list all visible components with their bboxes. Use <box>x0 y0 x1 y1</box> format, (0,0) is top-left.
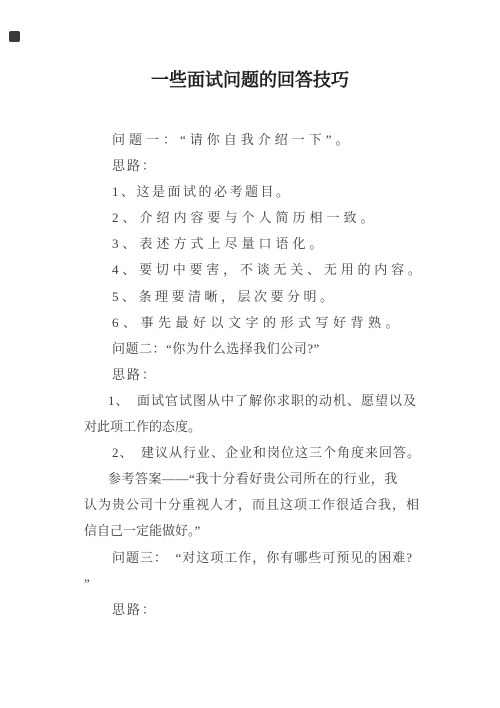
text-line: 1、这是面试的必考题目。 <box>84 179 456 205</box>
text-line: 4、要切中要害，不谈无关、无用的内容。 <box>84 257 456 283</box>
text-line: 思路： <box>84 597 456 623</box>
text-line: 5、条理要清晰，层次要分明。 <box>84 284 456 310</box>
text-line: 信自己一定能做好。” <box>84 518 456 544</box>
text-line: 参考答案——“我十分看好贵公司所在的行业，我 <box>84 466 456 492</box>
text-line: 思路： <box>84 362 456 388</box>
corner-marker <box>9 31 20 42</box>
document-body: 问题一：“请你自我介绍一下”。思路：1、这是面试的必考题目。2、介绍内容要与个人… <box>84 127 456 623</box>
text-line: 2、介绍内容要与个人简历相一致。 <box>84 205 456 231</box>
text-line: 6、事先最好以文字的形式写好背熟。 <box>84 310 456 336</box>
document-page: 一些面试问题的回答技巧 问题一：“请你自我介绍一下”。思路：1、这是面试的必考题… <box>0 0 500 708</box>
text-line: 认为贵公司十分重视人才，而且这项工作很适合我，相 <box>84 492 456 518</box>
text-line: 思路： <box>84 153 456 179</box>
text-line: 问题一：“请你自我介绍一下”。 <box>84 127 456 153</box>
text-line: 3、表述方式上尽量口语化。 <box>84 231 456 257</box>
text-line: 对此项工作的态度。 <box>84 414 456 440</box>
text-line: 问题二：“你为什么选择我们公司?” <box>84 336 456 362</box>
text-line: 1、 面试官试图从中了解你求职的动机、愿望以及 <box>84 388 456 414</box>
document-title: 一些面试问题的回答技巧 <box>0 66 500 92</box>
text-line: 问题三： “对这项工作，你有哪些可预见的困难? <box>84 545 456 571</box>
text-line: ” <box>84 571 456 597</box>
text-line: 2、 建议从行业、企业和岗位这三个角度来回答。 <box>84 440 456 466</box>
